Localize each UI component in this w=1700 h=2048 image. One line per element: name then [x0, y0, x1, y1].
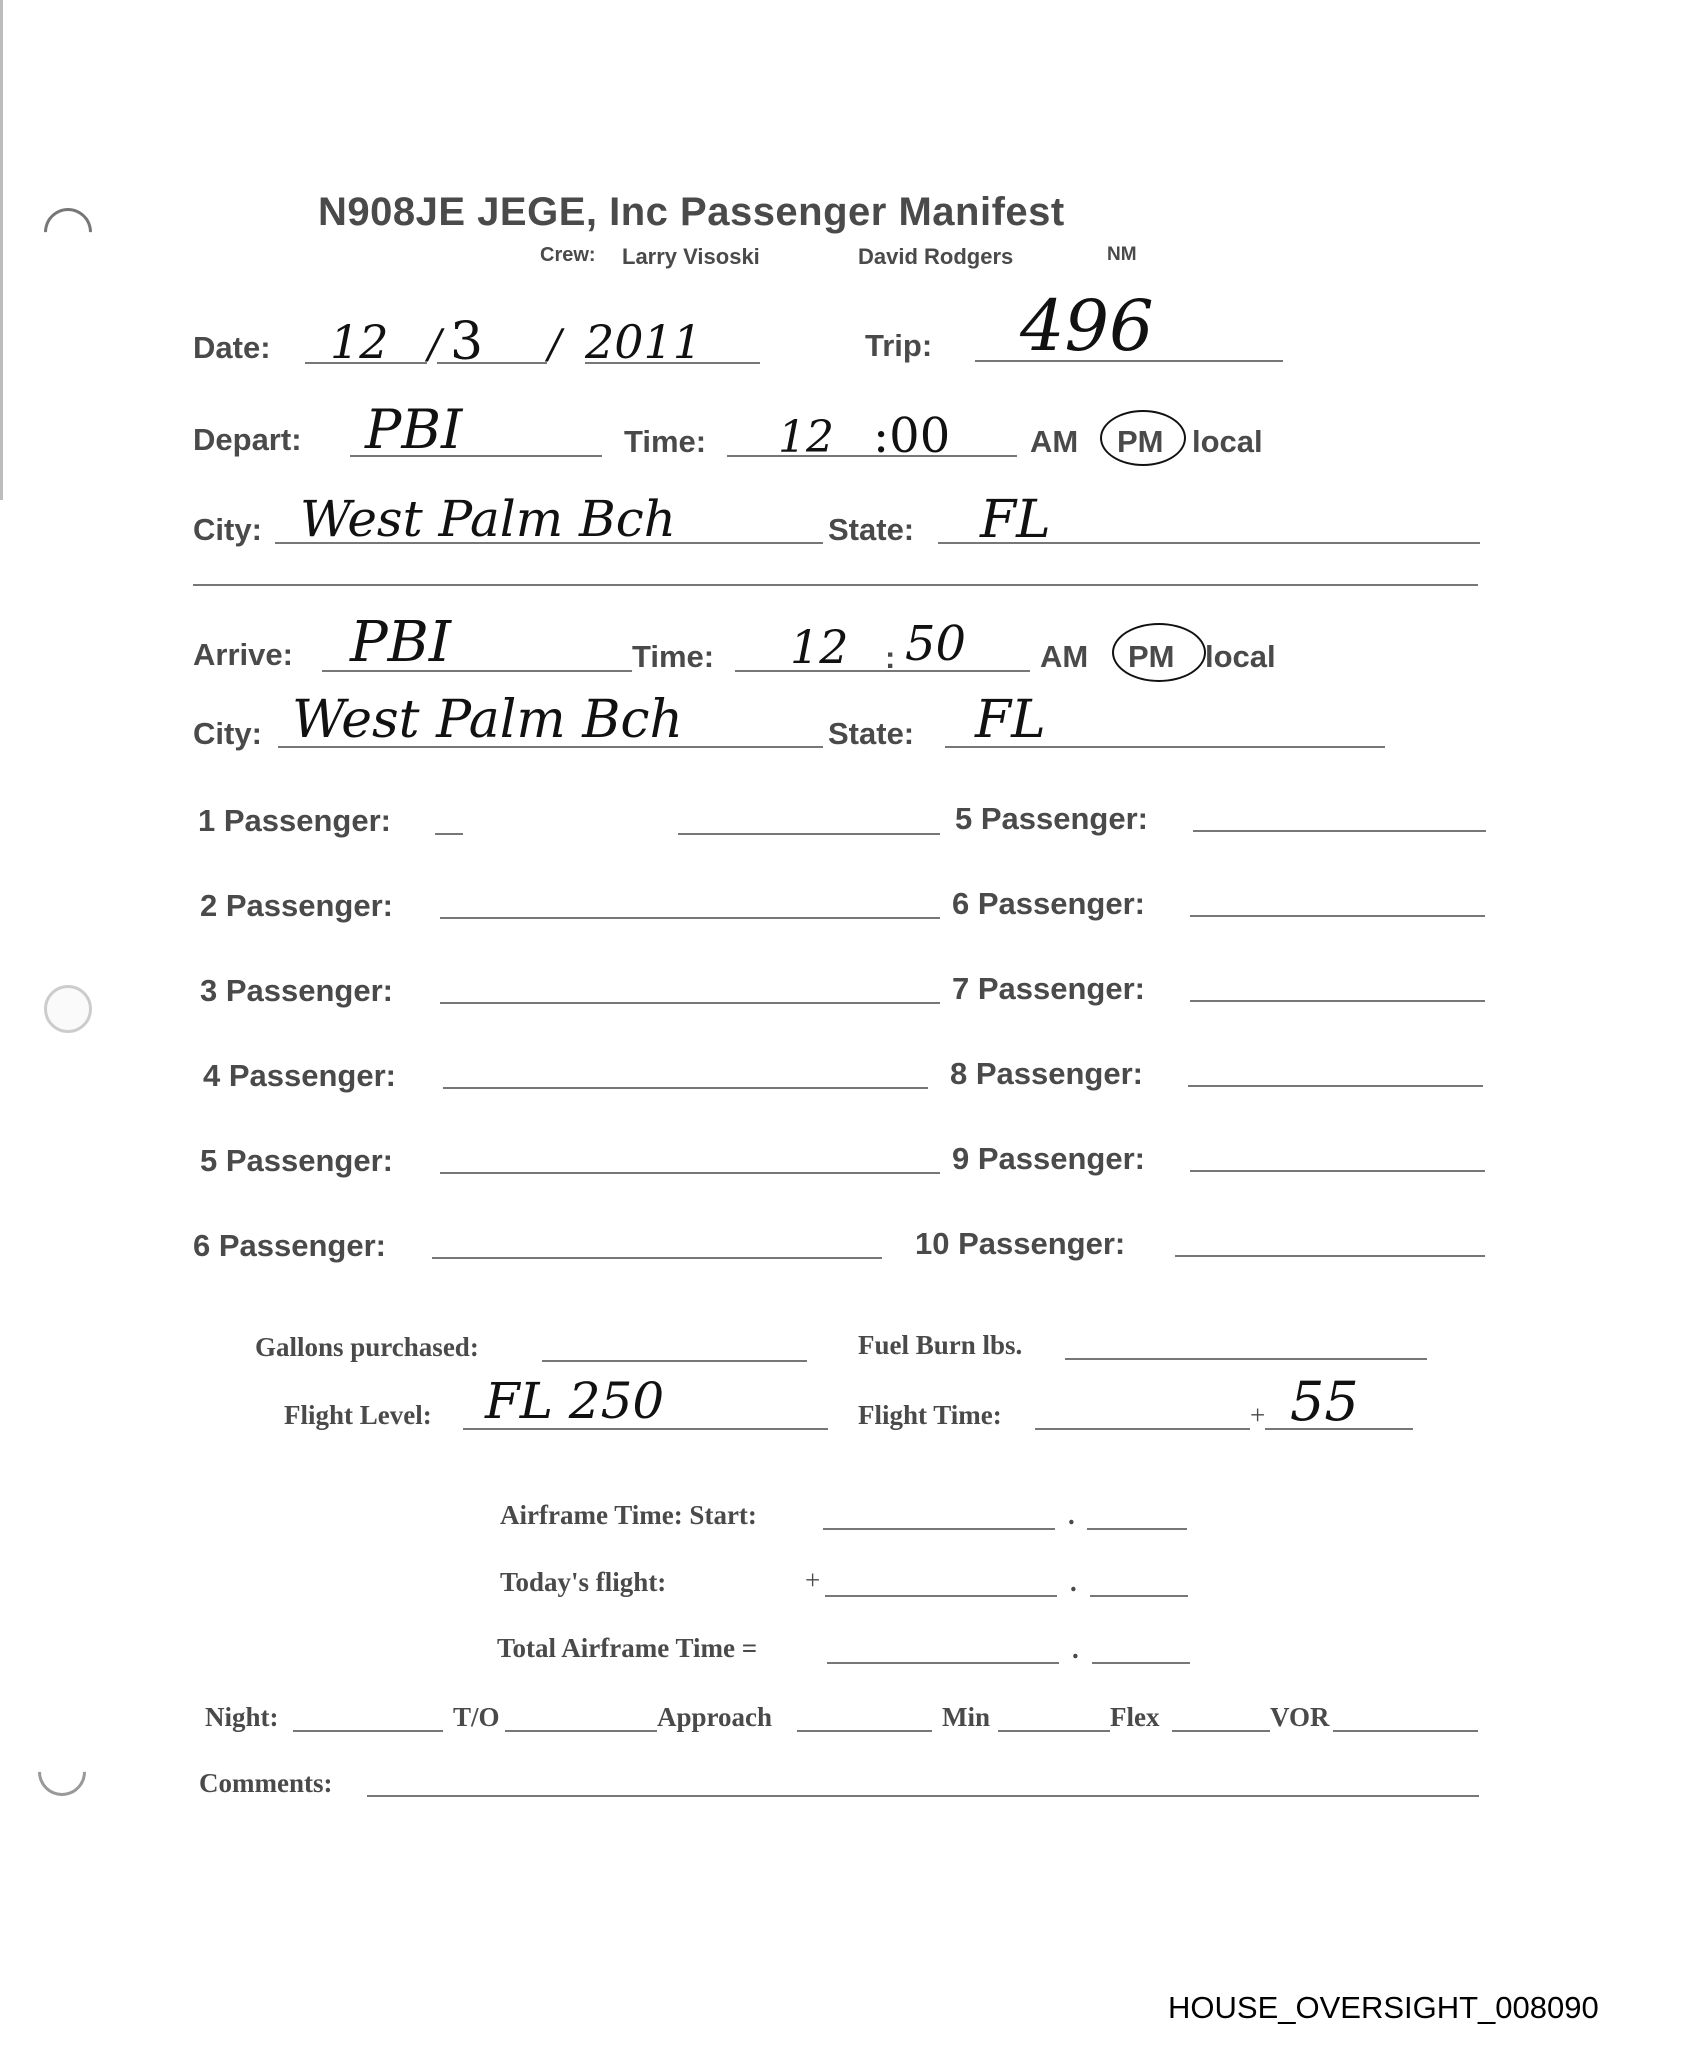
passenger-3-line[interactable] [440, 1002, 940, 1004]
passenger-7-line[interactable] [1190, 1000, 1485, 1002]
gallons-purchased-label: Gallons purchased: [255, 1332, 479, 1363]
passenger-1-label: 1 Passenger: [198, 803, 391, 839]
depart-am-option[interactable]: AM [1030, 424, 1078, 460]
airframe-start-label: Airframe Time: Start: [500, 1500, 757, 1531]
passenger-8-line[interactable] [1188, 1085, 1483, 1087]
depart-city-label: City: [193, 512, 262, 548]
night-line[interactable] [293, 1730, 443, 1732]
min-label: Min [942, 1702, 990, 1733]
total-airframe-dot: . [1072, 1634, 1079, 1665]
fuel-burn-line[interactable] [1065, 1358, 1427, 1360]
fuel-burn-label: Fuel Burn lbs. [858, 1330, 1022, 1361]
passenger-4-label: 4 Passenger: [203, 1058, 396, 1094]
comments-line[interactable] [367, 1795, 1479, 1797]
trip-label: Trip: [865, 328, 932, 364]
airframe-start-hours-line[interactable] [823, 1528, 1055, 1530]
date-month-value: 12 [330, 315, 389, 369]
passenger-10-label: 10 Passenger: [915, 1226, 1125, 1262]
depart-state-value: FL [980, 490, 1051, 550]
arrive-am-option[interactable]: AM [1040, 639, 1088, 675]
flight-time-plus: + [1250, 1400, 1265, 1431]
binder-hole-bottom [28, 1738, 96, 1806]
flight-time-minutes-value: 55 [1290, 1370, 1359, 1433]
flight-time-label: Flight Time: [858, 1400, 1002, 1431]
arrive-label: Arrive: [193, 637, 293, 673]
crew-member-1: Larry Visoski [622, 244, 760, 270]
min-line[interactable] [998, 1730, 1110, 1732]
crew-member-3: NM [1107, 244, 1137, 266]
todays-flight-plus: + [805, 1565, 820, 1596]
takeoff-line[interactable] [505, 1730, 657, 1732]
passenger-6-label: 6 Passenger: [193, 1228, 386, 1264]
binder-hole-top [34, 198, 102, 266]
gallons-purchased-line[interactable] [542, 1360, 807, 1362]
depart-hour-value: 12 [778, 412, 834, 463]
todays-flight-tenths-line[interactable] [1090, 1595, 1188, 1597]
arrive-time-label: Time: [632, 639, 714, 675]
passenger-3-label: 3 Passenger: [200, 973, 393, 1009]
arrive-city-label: City: [193, 716, 262, 752]
vor-label: VOR [1270, 1702, 1329, 1733]
trip-number-value: 496 [1020, 285, 1154, 367]
passenger-8-label: 8 Passenger: [950, 1056, 1143, 1092]
arrive-state-label: State: [828, 716, 914, 752]
passenger-5-label: 5 Passenger: [200, 1143, 393, 1179]
depart-airport-value: PBI [365, 398, 462, 461]
depart-city-value: West Palm Bch [300, 490, 676, 548]
passenger-7-label: 7 Passenger: [952, 971, 1145, 1007]
vor-line[interactable] [1333, 1730, 1478, 1732]
todays-flight-label: Today's flight: [500, 1567, 666, 1598]
approach-line[interactable] [797, 1730, 932, 1732]
depart-label: Depart: [193, 422, 302, 458]
passenger-9-line[interactable] [1190, 1170, 1485, 1172]
depart-time-line[interactable] [727, 455, 1017, 457]
passenger-2-line[interactable] [440, 917, 940, 919]
night-label: Night: [205, 1702, 279, 1733]
passenger-6-line[interactable] [432, 1257, 882, 1259]
arrive-airport-value: PBI [350, 610, 451, 675]
airframe-start-tenths-line[interactable] [1087, 1528, 1187, 1530]
date-label: Date: [193, 330, 271, 366]
page-edge [0, 0, 3, 500]
total-airframe-hours-line[interactable] [827, 1662, 1059, 1664]
passenger-5-right-label: 5 Passenger: [955, 801, 1148, 837]
depart-state-label: State: [828, 512, 914, 548]
depart-minute-value: :00 [873, 408, 950, 464]
binder-hole-middle [44, 985, 92, 1033]
passenger-9-label: 9 Passenger: [952, 1141, 1145, 1177]
total-airframe-tenths-line[interactable] [1092, 1662, 1190, 1664]
flight-level-label: Flight Level: [284, 1400, 432, 1431]
passenger-5-right-line[interactable] [1193, 830, 1486, 832]
passenger-6-right-line[interactable] [1190, 915, 1485, 917]
crew-label: Crew: [540, 244, 596, 267]
arrive-city-value: West Palm Bch [292, 690, 683, 750]
crew-member-2: David Rodgers [858, 244, 1013, 270]
arrive-time-colon: : [885, 640, 895, 676]
passenger-2-label: 2 Passenger: [200, 888, 393, 924]
passenger-5-line[interactable] [440, 1172, 940, 1174]
depart-local-label: local [1192, 424, 1263, 460]
passenger-10-line[interactable] [1175, 1255, 1485, 1257]
total-airframe-label: Total Airframe Time = [497, 1633, 757, 1664]
passenger-1-line-a[interactable] [435, 833, 463, 835]
depart-time-label: Time: [624, 424, 706, 460]
arrive-minute-value: 50 [905, 616, 966, 672]
passenger-4-line[interactable] [443, 1087, 928, 1089]
comments-label: Comments: [199, 1768, 332, 1799]
arrive-time-line[interactable] [735, 670, 1030, 672]
passenger-6-right-label: 6 Passenger: [952, 886, 1145, 922]
arrive-hour-value: 12 [790, 620, 849, 674]
airframe-start-dot: . [1068, 1500, 1075, 1531]
todays-flight-dot: . [1070, 1567, 1077, 1598]
flight-level-value: FL 250 [485, 1372, 664, 1430]
flex-line[interactable] [1172, 1730, 1270, 1732]
flex-label: Flex [1110, 1702, 1159, 1733]
date-slash-2: / [548, 322, 561, 368]
arrive-pm-selected-circle [1112, 623, 1206, 682]
passenger-1-line-b[interactable] [678, 833, 940, 835]
bates-number: HOUSE_OVERSIGHT_008090 [1168, 1990, 1599, 2026]
arrive-state-value: FL [975, 690, 1046, 750]
separator-line [193, 584, 1478, 586]
arrive-local-label: local [1205, 639, 1276, 675]
takeoff-label: T/O [453, 1702, 500, 1733]
date-year-value: 2011 [585, 315, 702, 369]
todays-flight-hours-line[interactable] [825, 1595, 1057, 1597]
depart-pm-selected-circle [1100, 410, 1186, 466]
date-day-value: 3 [450, 312, 483, 372]
approach-label: Approach [657, 1702, 772, 1733]
manifest-title: N908JE JEGE, Inc Passenger Manifest [318, 190, 1065, 235]
flight-time-hours-line[interactable] [1035, 1428, 1250, 1430]
